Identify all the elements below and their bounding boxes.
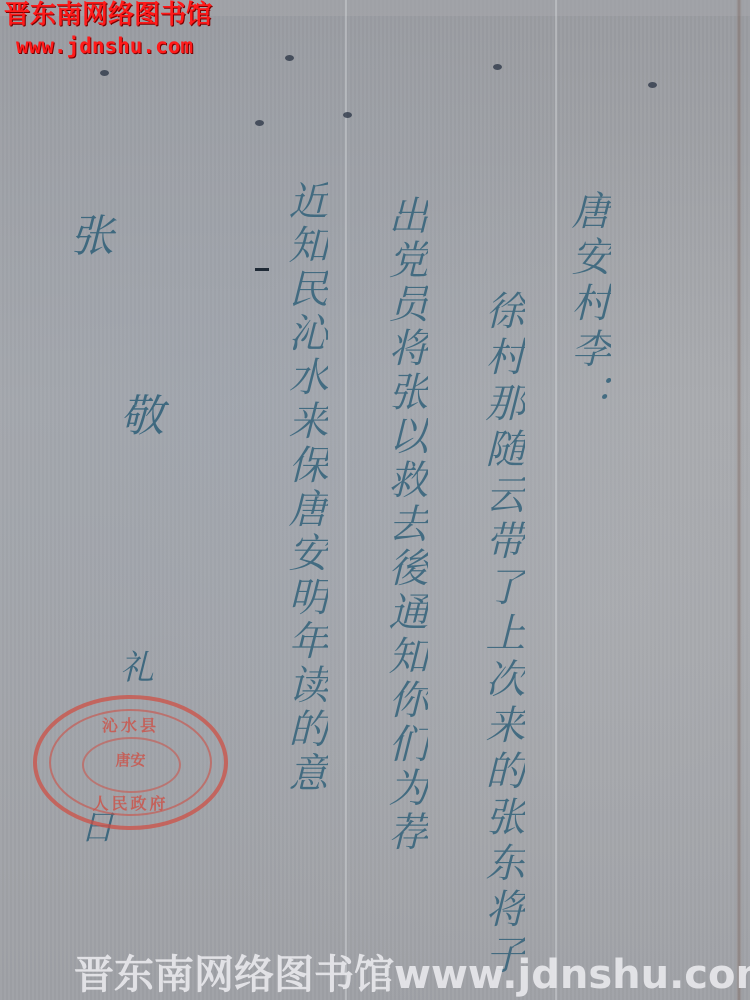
signature-mark: 礼	[120, 640, 154, 689]
seal-center-text: 唐安	[37, 749, 224, 770]
text-column-3: 出党员将张以救去後通知你们为荐	[385, 195, 425, 855]
text-column-recipient: 唐安村李：	[568, 190, 608, 420]
closing-character: 张	[70, 200, 114, 264]
closing-character: 敬	[120, 380, 164, 444]
paper-fold-line	[345, 0, 347, 1000]
binding-hole	[255, 120, 264, 126]
red-official-seal: 沁水县 唐安 人民政府	[33, 695, 228, 830]
binding-hole	[493, 64, 502, 70]
text-column-4: 近知民沁水来保唐安明年读的意	[285, 180, 325, 796]
binding-hole	[343, 112, 352, 118]
watermark-url: www.jdnshu.com	[16, 33, 193, 59]
binding-hole	[285, 55, 294, 61]
paper-fold-line	[555, 0, 557, 1000]
binding-hole	[100, 70, 109, 76]
seal-bottom-text: 人民政府	[37, 791, 224, 814]
watermark-bottom: 晋东南网络图书馆www.jdnshu.com	[74, 952, 750, 998]
paper-torn-edge	[736, 0, 742, 1000]
document-paper	[0, 0, 750, 1000]
watermark-site-name: 晋东南网络图书馆	[4, 0, 212, 30]
seal-top-text: 沁水县	[37, 713, 224, 736]
binding-hole	[648, 82, 657, 88]
ink-mark	[255, 268, 269, 271]
text-column-2: 徐村那随云带了上次来的张东将子	[482, 290, 522, 980]
